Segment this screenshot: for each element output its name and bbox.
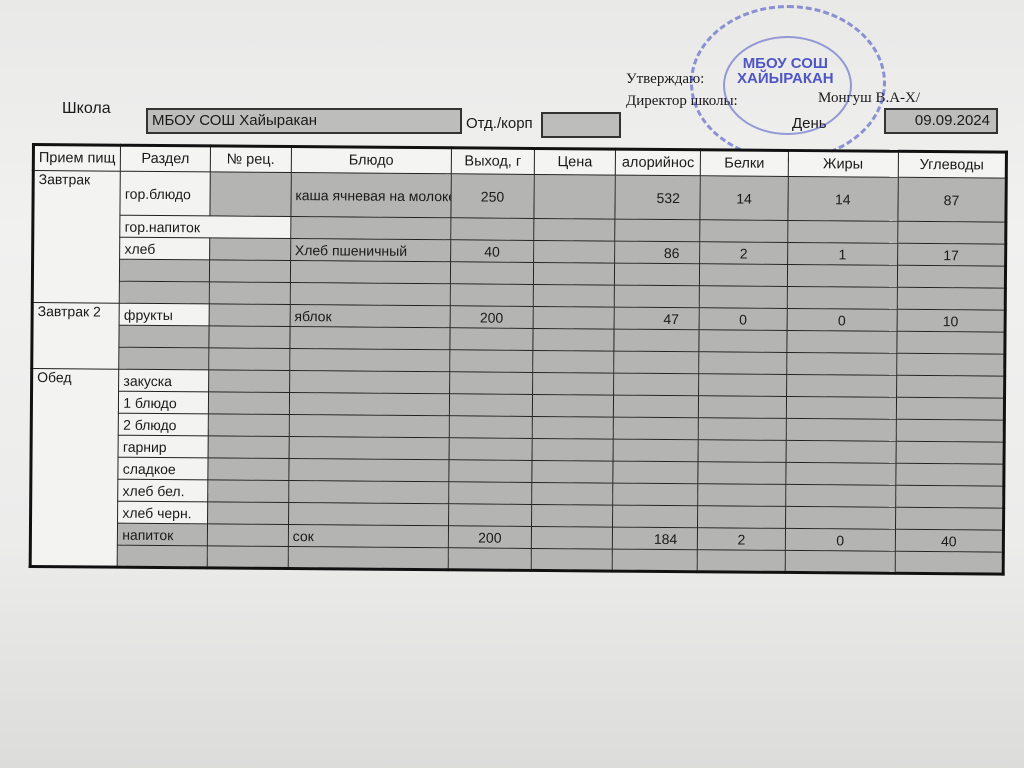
section-cell: закуска (119, 369, 209, 392)
yield-cell: 200 (448, 526, 531, 549)
yield-cell (450, 328, 533, 351)
dish-cell (289, 415, 449, 438)
recipe-cell (209, 282, 290, 305)
price-cell (532, 482, 613, 505)
price-cell (533, 372, 614, 395)
yield-cell (449, 460, 532, 483)
fat-cell (787, 220, 897, 243)
kcal-cell (613, 483, 698, 506)
yield-cell (448, 504, 531, 527)
carbs-cell (895, 485, 1003, 508)
price-cell (532, 504, 613, 527)
column-header-section: Раздел (121, 145, 211, 172)
carbs-cell (896, 375, 1004, 398)
dish-cell (288, 503, 448, 526)
recipe-cell (208, 370, 289, 393)
protein-cell (700, 286, 787, 309)
protein-cell: 0 (699, 308, 786, 331)
kcal-cell (614, 373, 699, 396)
protein-cell: 2 (698, 528, 785, 551)
price-cell (532, 416, 613, 439)
fat-cell (786, 440, 896, 463)
school-field: МБОУ СОШ Хайыракан (146, 108, 462, 134)
dish-cell (289, 393, 449, 416)
price-cell (532, 438, 613, 461)
fat-cell (786, 396, 896, 419)
stamp-text-2: ХАЙЫРАКАН (737, 71, 834, 86)
protein-cell (699, 396, 786, 419)
fat-cell (785, 506, 895, 529)
column-header-protein: Белки (701, 150, 789, 177)
section-cell: гор.блюдо (120, 171, 210, 216)
yield-cell (449, 438, 532, 461)
carbs-cell: 40 (895, 529, 1003, 552)
recipe-cell (209, 326, 290, 349)
dept-field (541, 112, 621, 138)
yield-cell (449, 372, 532, 395)
carbs-cell (895, 507, 1003, 530)
yield-cell (449, 416, 532, 439)
dish-cell (290, 327, 450, 350)
fat-cell (787, 264, 897, 287)
column-header-recipe: № рец. (210, 146, 291, 173)
section-cell: гор.напиток (120, 215, 291, 238)
fat-cell: 0 (787, 308, 897, 331)
fat-cell (786, 374, 896, 397)
dish-cell: яблок (290, 305, 450, 328)
price-cell (534, 218, 615, 241)
kcal-cell (614, 329, 699, 352)
protein-cell (698, 440, 785, 463)
recipe-cell (208, 414, 289, 437)
yield-cell (450, 350, 533, 373)
yield-cell (449, 394, 532, 417)
kcal-cell (613, 461, 698, 484)
price-cell (533, 306, 614, 329)
carbs-cell: 17 (897, 243, 1005, 266)
yield-cell (448, 548, 531, 571)
recipe-cell (209, 260, 290, 283)
section-cell: 1 блюдо (119, 391, 209, 414)
recipe-cell (208, 392, 289, 415)
price-cell (534, 174, 615, 219)
fat-cell (787, 286, 897, 309)
price-cell (531, 548, 612, 571)
section-cell (119, 325, 209, 348)
kcal-cell (614, 263, 699, 286)
carbs-cell: 87 (898, 177, 1007, 222)
recipe-cell (210, 172, 291, 217)
kcal-cell (613, 439, 698, 462)
kcal-cell: 184 (612, 527, 697, 550)
column-header-dish: Блюдо (291, 147, 451, 174)
day-label: День (792, 115, 827, 132)
protein-cell (697, 550, 784, 573)
school-stamp: МБОУ СОШ ХАЙЫРАКАН (690, 5, 886, 161)
director-label: Директор школы: (626, 93, 738, 110)
protein-cell (698, 506, 785, 529)
carbs-cell (897, 287, 1005, 310)
carbs-cell (896, 463, 1004, 486)
dish-cell (290, 261, 450, 284)
meal-cell: Обед (30, 369, 119, 568)
yield-cell (450, 262, 533, 285)
fat-cell (785, 462, 895, 485)
menu-table: Прием пищРаздел№ рец.БлюдоВыход, гЦенаал… (29, 143, 1008, 576)
fat-cell (787, 330, 897, 353)
dish-cell (291, 217, 451, 240)
price-cell (533, 262, 614, 285)
kcal-cell: 86 (615, 241, 700, 264)
section-cell: напиток (118, 523, 208, 546)
dish-cell (290, 349, 450, 372)
yield-cell: 200 (450, 306, 533, 329)
recipe-cell (209, 238, 290, 261)
section-cell: 2 блюдо (119, 413, 209, 436)
yield-cell (451, 218, 534, 241)
dish-cell: сок (288, 525, 448, 548)
fat-cell (785, 550, 895, 573)
column-header-kcal: алорийнос (615, 149, 700, 176)
meal-cell: Завтрак 2 (32, 303, 120, 370)
section-cell (120, 281, 210, 304)
section-cell: хлеб бел. (118, 479, 208, 502)
protein-cell (698, 484, 785, 507)
carbs-cell (897, 353, 1005, 376)
section-cell: хлеб черн. (118, 501, 208, 524)
dish-cell (288, 547, 448, 570)
recipe-cell (207, 502, 288, 525)
dish-cell (289, 371, 449, 394)
recipe-cell (207, 480, 288, 503)
approve-label: Утверждаю: (626, 71, 704, 88)
recipe-cell (207, 524, 288, 547)
section-cell: фрукты (119, 303, 209, 326)
fat-cell: 1 (787, 242, 897, 265)
menu-document: Школа МБОУ СОШ Хайыракан Отд./корп Утвер… (0, 0, 1024, 768)
carbs-cell (895, 551, 1003, 574)
section-cell (120, 259, 210, 282)
section-cell: гарнир (118, 435, 208, 458)
protein-cell (699, 352, 786, 375)
protein-cell (699, 374, 786, 397)
director-name: Монгуш В.А-Х/ (818, 90, 920, 107)
stamp-text-1: МБОУ СОШ (737, 56, 834, 71)
price-cell (532, 460, 613, 483)
recipe-cell (208, 436, 289, 459)
price-cell (531, 526, 612, 549)
column-header-price: Цена (534, 148, 615, 175)
section-cell (119, 347, 209, 370)
kcal-cell (615, 219, 700, 242)
protein-cell: 2 (700, 242, 787, 265)
protein-cell: 14 (700, 176, 788, 221)
section-cell: хлеб (120, 237, 210, 260)
column-header-fat: Жиры (788, 150, 898, 177)
protein-cell (700, 264, 787, 287)
fat-cell: 0 (785, 528, 895, 551)
kcal-cell: 532 (615, 175, 701, 220)
dish-cell (289, 459, 449, 482)
column-header-yield: Выход, г (451, 148, 534, 175)
section-cell: сладкое (118, 457, 208, 480)
carbs-cell (897, 331, 1005, 354)
dept-label: Отд./корп (466, 115, 533, 132)
price-cell (533, 350, 614, 373)
yield-cell (449, 482, 532, 505)
dish-cell: каша ячневая на молоке (291, 173, 451, 218)
protein-cell (699, 418, 786, 441)
dish-cell (289, 437, 449, 460)
dish-cell: Хлеб пшеничный (290, 239, 450, 262)
fat-cell (785, 484, 895, 507)
column-header-carbs: Углеводы (898, 151, 1006, 178)
recipe-cell (208, 458, 289, 481)
section-cell (117, 545, 207, 568)
price-cell (533, 328, 614, 351)
yield-cell: 250 (451, 174, 534, 219)
carbs-cell: 10 (897, 309, 1005, 332)
recipe-cell (209, 304, 290, 327)
kcal-cell (612, 549, 697, 572)
dish-cell (290, 283, 450, 306)
meal-cell: Завтрак (32, 171, 120, 304)
dish-cell (288, 481, 448, 504)
kcal-cell (613, 505, 698, 528)
fat-cell (786, 418, 896, 441)
fat-cell: 14 (788, 176, 899, 221)
kcal-cell: 47 (614, 307, 699, 330)
price-cell (533, 284, 614, 307)
recipe-cell (207, 546, 288, 569)
carbs-cell (898, 221, 1006, 244)
protein-cell (700, 220, 787, 243)
column-header-meal: Прием пищ (33, 145, 121, 172)
kcal-cell (613, 395, 698, 418)
yield-cell (450, 284, 533, 307)
recipe-cell (208, 348, 289, 371)
protein-cell (699, 330, 786, 353)
carbs-cell (896, 397, 1004, 420)
school-label: Школа (62, 100, 111, 118)
table-row: Завтракгор.блюдокаша ячневая на молоке25… (33, 171, 1006, 223)
date-field: 09.09.2024 (884, 108, 998, 134)
carbs-cell (896, 441, 1004, 464)
yield-cell: 40 (450, 240, 533, 263)
carbs-cell (897, 265, 1005, 288)
kcal-cell (613, 417, 698, 440)
price-cell (532, 394, 613, 417)
protein-cell (698, 462, 785, 485)
carbs-cell (896, 419, 1004, 442)
kcal-cell (614, 285, 699, 308)
kcal-cell (614, 351, 699, 374)
price-cell (534, 240, 615, 263)
fat-cell (786, 352, 896, 375)
